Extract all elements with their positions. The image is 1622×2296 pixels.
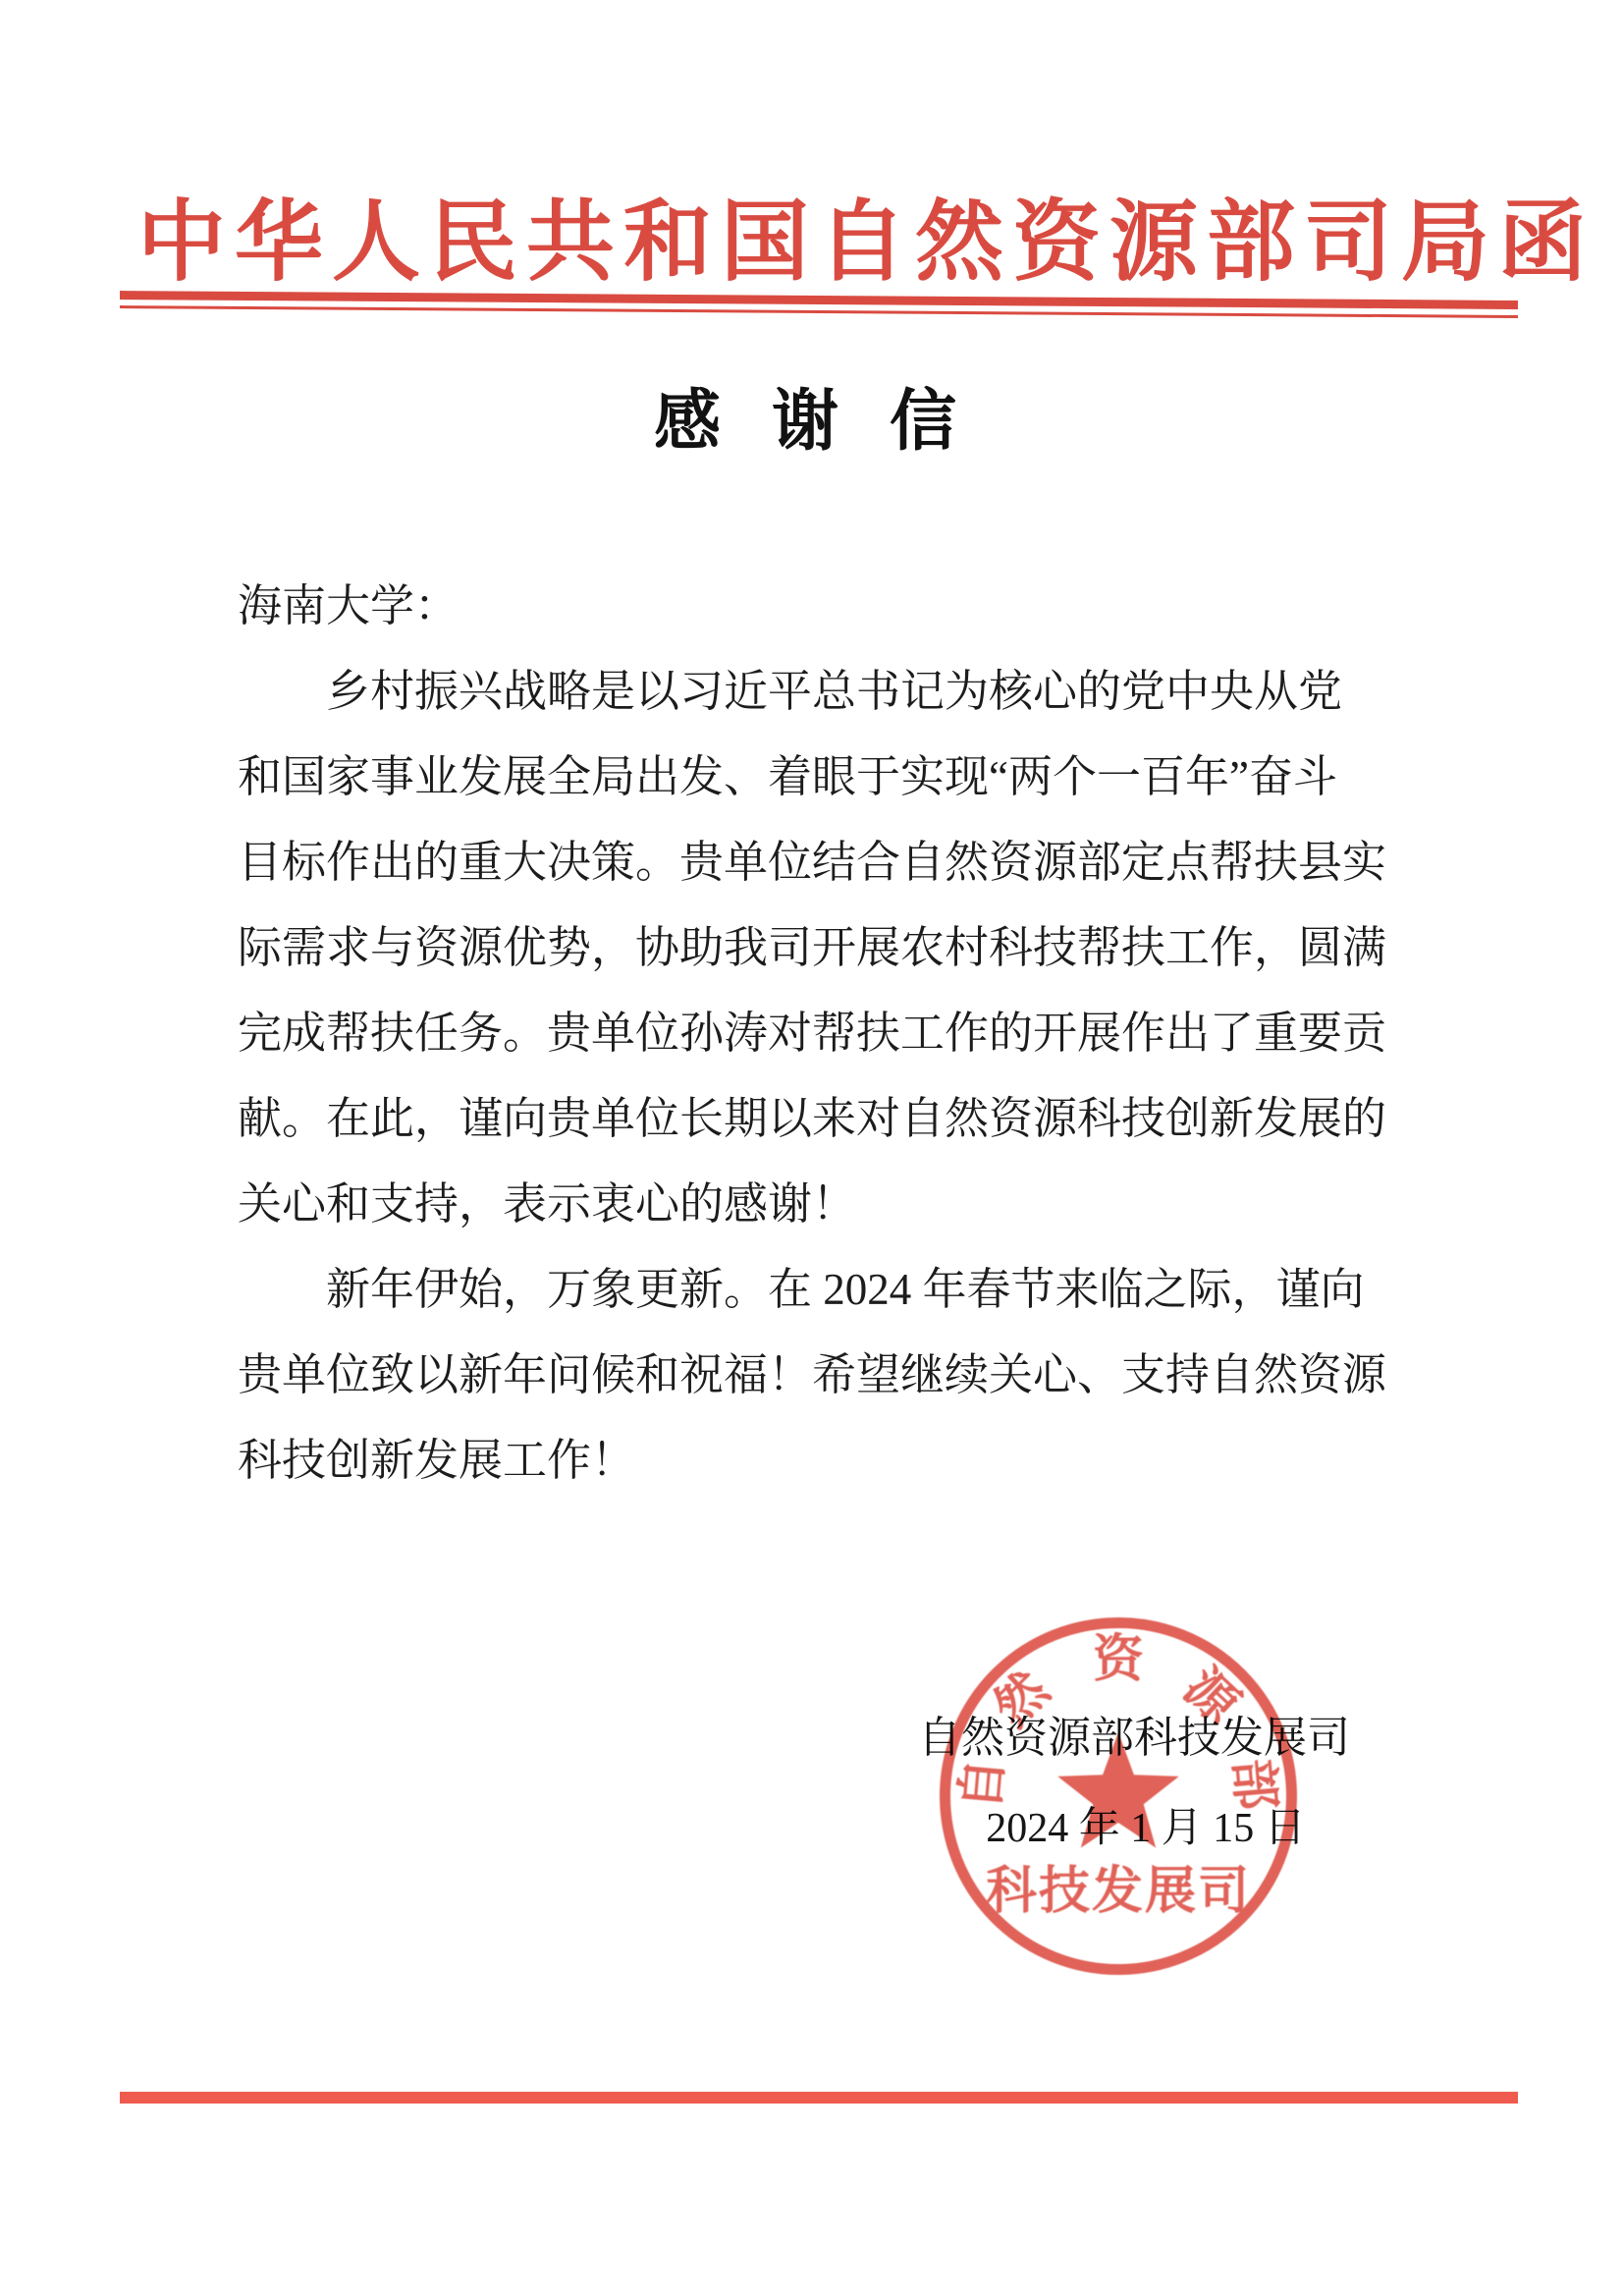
body-line: 新年伊始，万象更新。在 2024 年春节来临之际，谨向 xyxy=(238,1247,1401,1333)
letterhead-title: 中华人民共和国自然资源部司局函 xyxy=(137,194,1595,293)
body-line: 目标作出的重大决策。贵单位结合自然资源部定点帮扶县实 xyxy=(238,820,1401,905)
body-line: 完成帮扶任务。贵单位孙涛对帮扶工作的开展作出了重要贡 xyxy=(238,991,1401,1076)
body-line: 和国家事业发展全局出发、着眼于实现“两个一百年”奋斗 xyxy=(238,735,1401,820)
document-title: 感谢信 xyxy=(654,376,1007,466)
body-line: 献。在此，谨向贵单位长期以来对自然资源科技创新发展的 xyxy=(238,1076,1401,1162)
seal-bottom-text: 科技发展司 xyxy=(940,1849,1297,1923)
body-line: 关心和支持，表示衷心的感谢！ xyxy=(238,1162,1401,1247)
seal-arc-char: 自 xyxy=(952,1755,1014,1815)
red-star-icon xyxy=(1054,1732,1182,1860)
footer-rule xyxy=(120,2092,1518,2104)
body-line: 海南大学： xyxy=(238,564,1401,649)
seal-arc-char: 部 xyxy=(1222,1755,1284,1815)
letter-body: 海南大学：乡村振兴战略是以习近平总书记为核心的党中央从党和国家事业发展全局出发、… xyxy=(238,564,1401,1503)
letter-page: 中华人民共和国自然资源部司局函 感谢信 海南大学：乡村振兴战略是以习近平总书记为… xyxy=(0,0,1622,2296)
body-line: 贵单位致以新年问候和祝福！希望继续关心、支持自然资源 xyxy=(238,1333,1401,1418)
body-line: 科技创新发展工作！ xyxy=(238,1418,1401,1503)
official-seal: 自然资源部 科技发展司 xyxy=(940,1617,1297,1975)
seal-arc-char: 资 xyxy=(1091,1632,1146,1689)
body-line: 乡村振兴战略是以习近平总书记为核心的党中央从党 xyxy=(238,649,1401,735)
body-line: 际需求与资源优势，协助我司开展农村科技帮扶工作，圆满 xyxy=(238,905,1401,991)
